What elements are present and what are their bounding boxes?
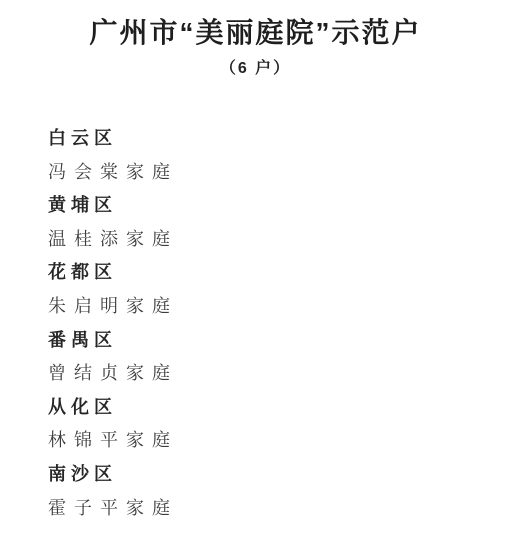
- family-item-wen: 温桂添家庭: [48, 223, 491, 257]
- page-subtitle: （6 户）: [0, 59, 511, 79]
- family-item-zeng: 曾结贞家庭: [48, 357, 491, 391]
- family-item-feng: 冯会棠家庭: [48, 156, 491, 190]
- document-page: 广州市“美丽庭院”示范户 （6 户） 白云区 冯会棠家庭 黄埔区 温桂添家庭 花…: [0, 0, 511, 538]
- district-heading-conghua: 从化区: [48, 391, 491, 425]
- family-item-zhu: 朱启明家庭: [48, 290, 491, 324]
- household-list: 白云区 冯会棠家庭 黄埔区 温桂添家庭 花都区 朱启明家庭 番禺区 曾结贞家庭 …: [48, 122, 491, 525]
- page-title: 广州市“美丽庭院”示范户: [0, 0, 511, 49]
- family-item-lin: 林锦平家庭: [48, 424, 491, 458]
- family-item-huo: 霍子平家庭: [48, 492, 491, 526]
- district-heading-baiyun: 白云区: [48, 122, 491, 156]
- district-heading-huadu: 花都区: [48, 256, 491, 290]
- district-heading-panyu: 番禺区: [48, 324, 491, 358]
- district-heading-huangpu: 黄埔区: [48, 189, 491, 223]
- district-heading-nansha: 南沙区: [48, 458, 491, 492]
